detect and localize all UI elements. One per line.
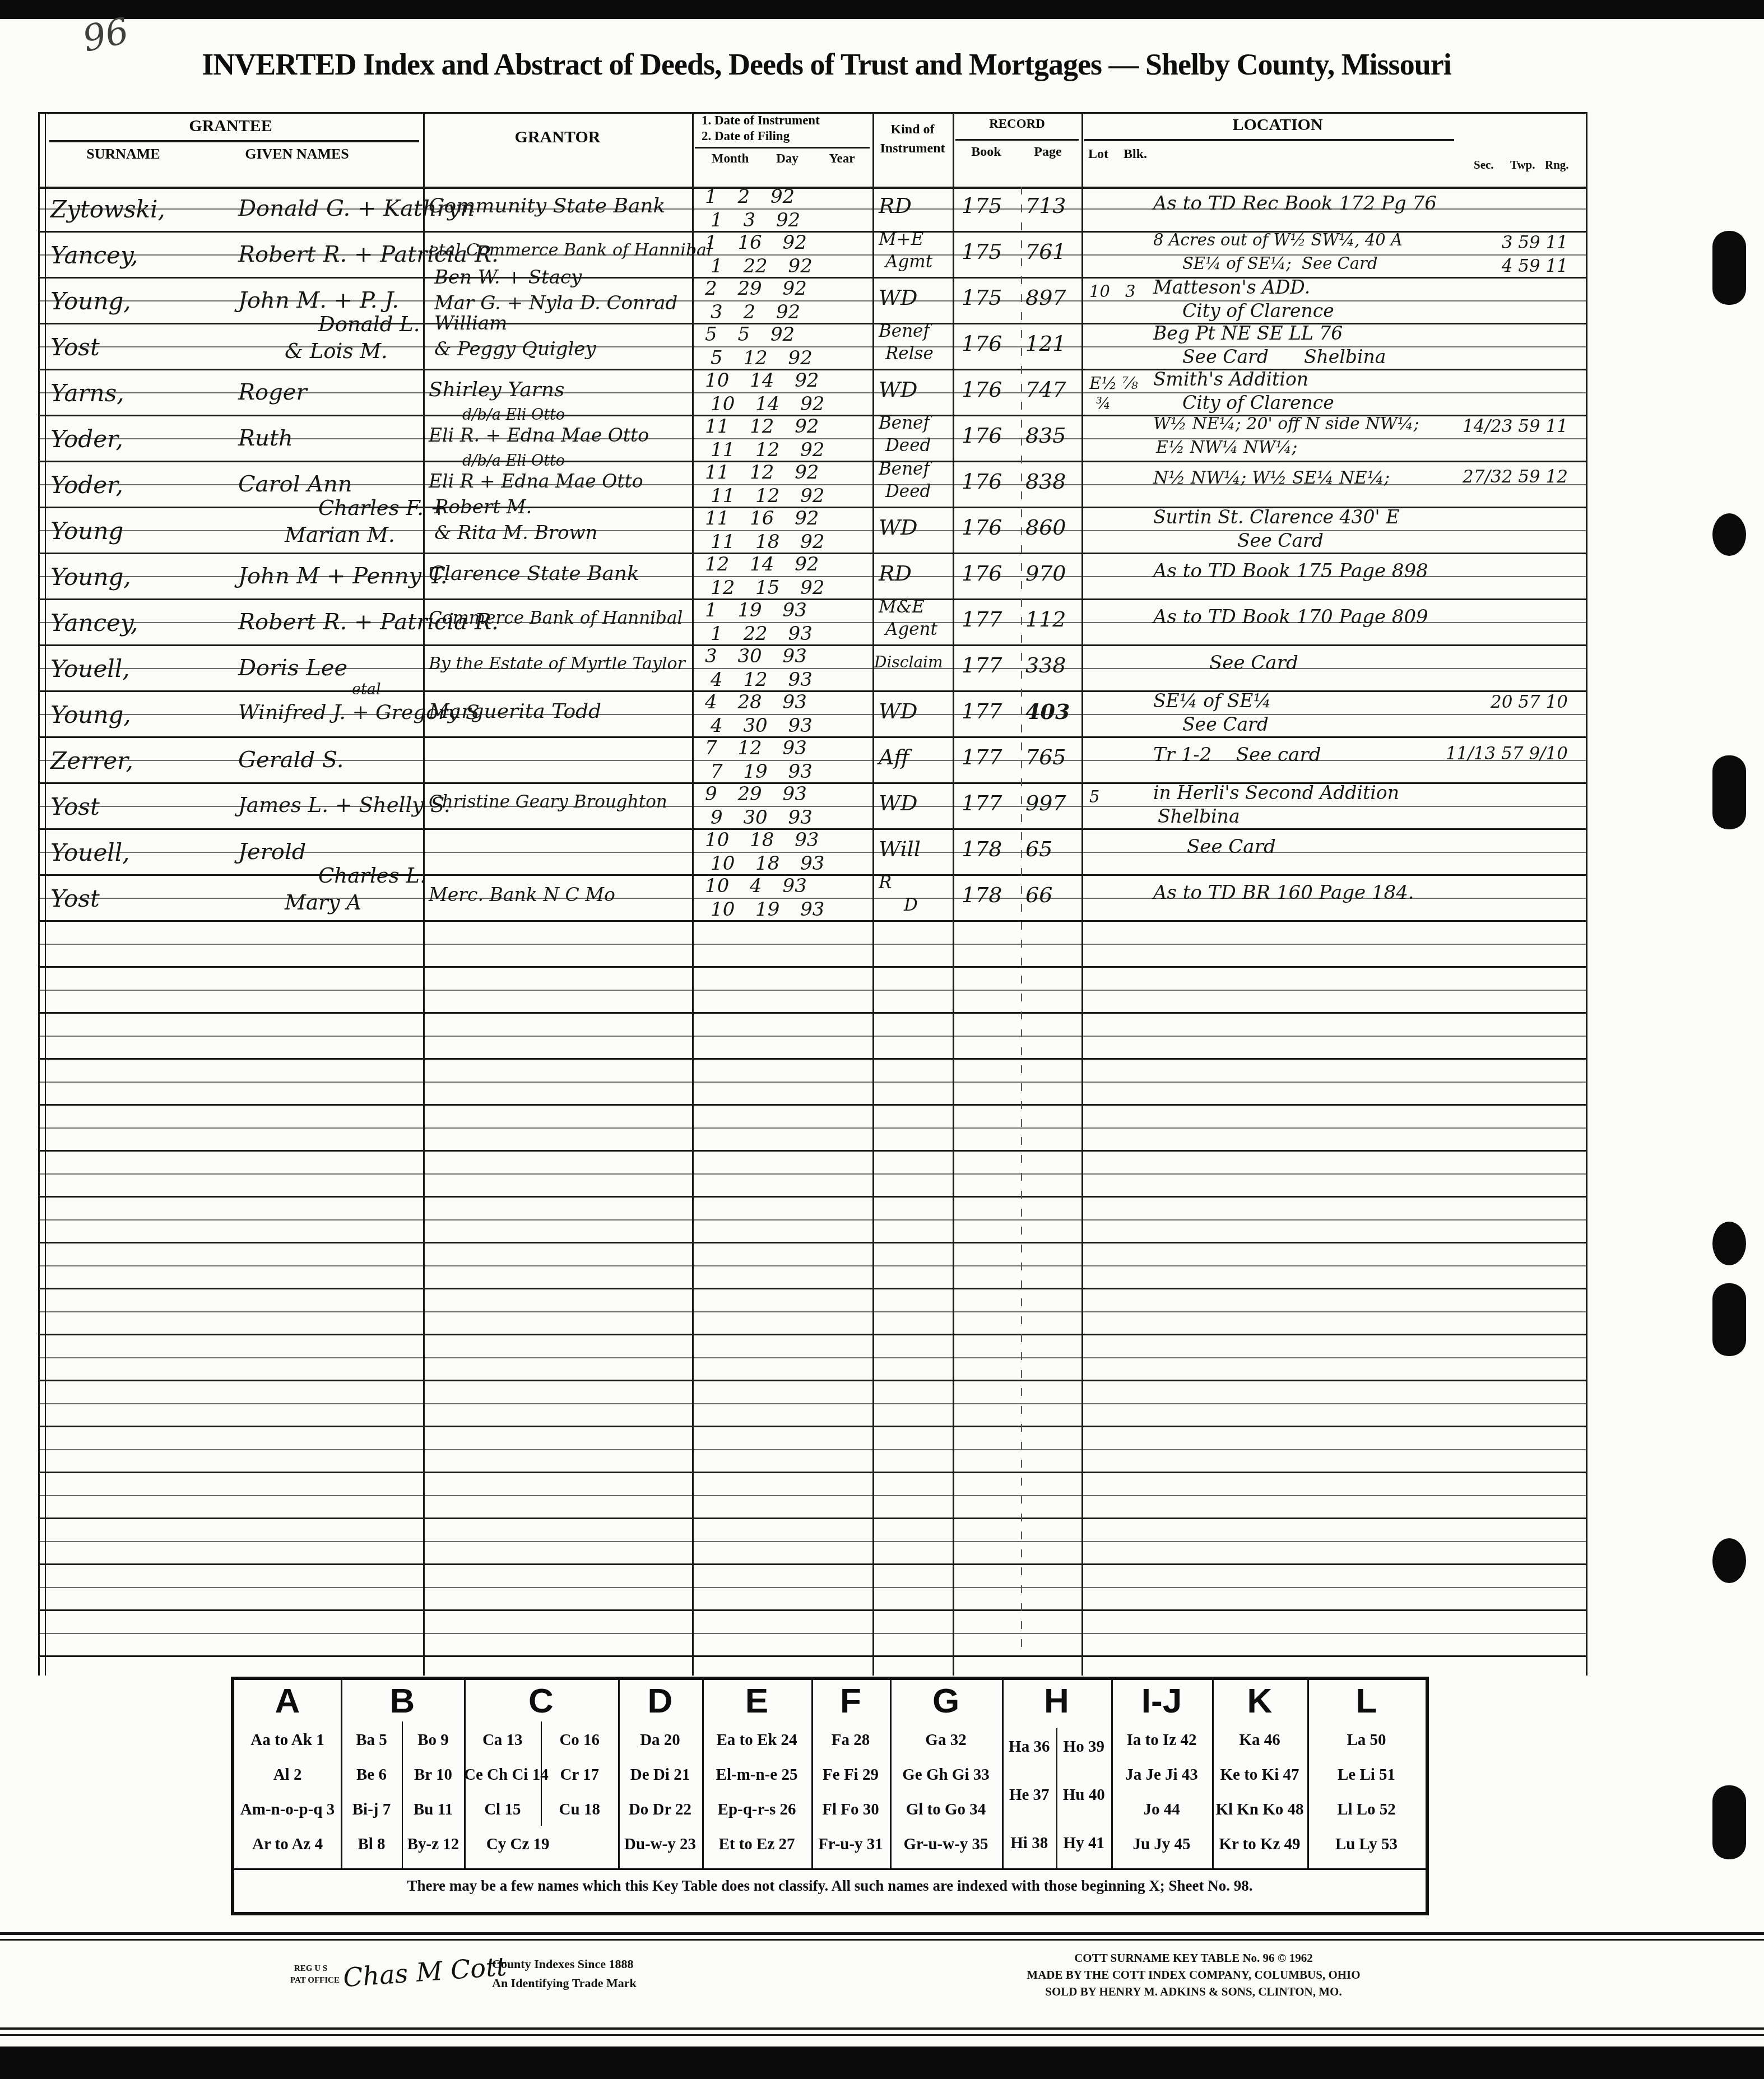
key-letter: D	[618, 1681, 702, 1721]
key-letter: G	[890, 1681, 1002, 1721]
entry-kind: M+E	[879, 229, 923, 249]
key-cell: Ep-q-r-s 26	[702, 1793, 811, 1826]
entry-given-names-line2: & Lois M.	[285, 339, 388, 363]
entry-lot: 10	[1089, 282, 1110, 301]
entry-kind: WD	[879, 377, 918, 402]
entry-kind-line2: Agent	[885, 619, 937, 639]
key-cell: Kl Kn Ko 48	[1212, 1793, 1307, 1826]
ledger-entry: Yancey, Robert R. + Patricia R. etal Com…	[38, 233, 1586, 279]
entry-kind: M&E	[879, 597, 925, 617]
binder-hole-mark	[1712, 231, 1746, 305]
footer-left-line2: An Identifying Trade Mark	[492, 1976, 637, 1990]
col-header-date-filing: 2. Date of Filing	[702, 129, 790, 143]
entry-sec-twp-rng: 3 59 11	[1383, 233, 1568, 253]
binder-hole-mark	[1712, 1538, 1746, 1583]
entry-location-line2: SE¼ of SE¼; See Card	[1182, 254, 1377, 273]
ledger-entry: Yancey, Robert R. + Patricia R. Commerce…	[38, 600, 1586, 646]
entry-given-names: John M. + P. J.	[238, 287, 399, 313]
entry-given-names: Carol Ann	[238, 471, 352, 497]
key-letter: B	[341, 1681, 464, 1721]
key-cell: Co 16	[541, 1724, 619, 1756]
entry-date-instrument: 10 18 93	[705, 829, 819, 851]
ledger-entry: Youell, Jerold 10 18 93 10 18 93 Will 17…	[38, 830, 1586, 876]
entry-date-instrument: 1 16 92	[705, 231, 807, 254]
entry-location: SE¼ of SE¼	[1153, 690, 1271, 712]
key-column-e: E Ea to Ek 24 El-m-n-e 25 Ep-q-r-s 26 Et…	[702, 1680, 813, 1868]
col-header-month: Month	[699, 151, 761, 166]
col-header-kind-line2: Instrument	[872, 141, 953, 156]
entry-page: 338	[1025, 653, 1066, 677]
key-cell: Bo 9	[402, 1724, 464, 1756]
entry-location: As to TD Rec Book 172 Pg 76	[1153, 192, 1437, 215]
ledger-entry: Young Charles F. + Marian M. Robert M. &…	[38, 508, 1586, 554]
divider-rule	[0, 2027, 1764, 2030]
key-column-l: L La 50 Le Li 51 Ll Lo 52 Lu Ly 53	[1307, 1680, 1426, 1868]
entry-book: 177	[962, 791, 1002, 815]
col-header-location: LOCATION	[1081, 115, 1474, 134]
entry-date-instrument: 4 28 93	[705, 691, 807, 713]
entry-date-instrument: 1 19 93	[705, 599, 807, 621]
entry-date-filing: 3 2 92	[711, 301, 800, 323]
entry-book: 175	[962, 239, 1002, 264]
entry-grantor: Christine Geary Broughton	[429, 792, 667, 812]
entry-given-names: Charles F. +	[318, 496, 448, 520]
key-cell: Ca 13	[464, 1724, 541, 1756]
entry-kind: Benef	[879, 413, 930, 433]
key-cell: Hi 38	[1002, 1827, 1057, 1859]
key-column-c: C Ca 13 Ce Ch Ci 14 Cl 15 Cy Cz 19 Co 16…	[464, 1680, 620, 1868]
key-cell: Ar to Az 4	[234, 1828, 341, 1860]
key-cell: Cl 15	[464, 1793, 541, 1826]
entry-page: 838	[1025, 469, 1066, 494]
entry-page: 997	[1025, 791, 1066, 815]
binder-hole-mark	[1712, 755, 1746, 829]
entry-given-names: Donald L.	[318, 312, 420, 336]
entry-location: Smith's Addition	[1153, 368, 1308, 390]
entry-book: 176	[962, 331, 1002, 356]
key-cell: Ia to Iz 42	[1111, 1724, 1212, 1756]
key-cell: Aa to Ak 1	[234, 1724, 341, 1756]
ledger-entry: Yoder, Carol Ann d/b/a Eli Otto Eli R + …	[38, 462, 1586, 508]
entry-surname: Yarns,	[50, 379, 124, 407]
entry-date-instrument: 9 29 93	[705, 783, 807, 805]
sheet-number-handwritten: 96	[79, 10, 132, 60]
entry-page: 970	[1025, 561, 1066, 586]
footer-right-line3: SOLD BY HENRY M. ADKINS & SONS, CLINTON,…	[964, 1985, 1423, 1999]
key-cell: Ll Lo 52	[1307, 1793, 1426, 1826]
entry-grantor: Community State Bank	[429, 194, 665, 217]
key-column-ij: I-J Ia to Iz 42 Ja Je Ji 43 Jo 44 Ju Jy …	[1111, 1680, 1214, 1868]
key-cell: Am-n-o-p-q 3	[234, 1793, 341, 1826]
entry-date-filing: 11 12 92	[711, 485, 824, 507]
key-cell: Fe Fi 29	[811, 1758, 890, 1791]
key-cell: Et to Ez 27	[702, 1828, 811, 1860]
entry-location-line2: See Card	[1237, 530, 1324, 551]
key-cell: Jo 44	[1111, 1793, 1212, 1826]
entry-book: 176	[962, 469, 1002, 494]
col-header-day: Day	[762, 151, 813, 166]
column-line	[1586, 112, 1587, 1676]
key-cell: By-z 12	[402, 1828, 464, 1860]
entry-blk: 3	[1125, 282, 1135, 301]
col-header-date-instrument: 1. Date of Instrument	[702, 113, 820, 128]
entry-page: 65	[1025, 837, 1052, 861]
entry-location: Surtin St. Clarence 430' E	[1153, 506, 1399, 528]
entry-location-line2: City of Clarence	[1182, 392, 1334, 414]
scan-top-edge	[0, 0, 1764, 19]
entry-grantor: Commerce Bank of Hannibal	[429, 608, 683, 628]
entry-grantor: Marguerita Todd	[429, 700, 601, 723]
divider-rule	[0, 1939, 1764, 1941]
entry-sec-twp-rng: 14/23 59 11	[1383, 416, 1568, 437]
key-cell: Ke to Ki 47	[1212, 1758, 1307, 1791]
entry-given-names: Doris Lee	[238, 655, 347, 681]
entry-location-line2: City of Clarence	[1182, 300, 1334, 322]
key-column-k: K Ka 46 Ke to Ki 47 Kl Kn Ko 48 Kr to Kz…	[1212, 1680, 1309, 1868]
entry-surname: Youell,	[50, 839, 129, 866]
entry-page: 713	[1025, 193, 1066, 218]
col-header-kind-line1: Kind of	[872, 122, 953, 137]
entry-sec-twp-rng: 27/32 59 12	[1383, 467, 1568, 487]
entry-date-instrument: 10 14 92	[705, 369, 819, 392]
entry-date-filing: 10 18 93	[711, 852, 824, 875]
entry-date-filing: 4 12 93	[711, 669, 813, 691]
key-letter: L	[1307, 1681, 1426, 1721]
key-cell: Hu 40	[1057, 1779, 1112, 1811]
key-cell: Cy Cz 19	[464, 1828, 572, 1860]
entry-kind: RD	[879, 193, 912, 218]
key-table-footnote: There may be a few names which this Key …	[234, 1877, 1426, 1895]
binder-hole-mark	[1712, 1283, 1746, 1356]
key-cell: Bu 11	[402, 1793, 464, 1826]
entry-surname: Young,	[50, 701, 131, 728]
record-underline	[955, 139, 1079, 141]
entry-date-instrument: 11 16 92	[705, 507, 819, 530]
entry-page: 112	[1025, 607, 1066, 632]
entry-location: Matteson's ADD.	[1153, 276, 1310, 298]
col-header-year: Year	[815, 151, 869, 166]
entry-date-filing: 9 30 93	[711, 806, 813, 829]
binder-hole-mark	[1712, 513, 1746, 556]
key-cell: Be 6	[341, 1758, 402, 1791]
entry-book: 177	[962, 745, 1002, 769]
entry-grantor: Robert M.	[434, 496, 532, 518]
entry-given-names: Charles L.	[318, 864, 426, 888]
entry-date-instrument: 5 5 92	[705, 323, 795, 346]
key-cell: Ba 5	[341, 1724, 402, 1756]
footer-right-line1: COTT SURNAME KEY TABLE No. 96 © 1962	[964, 1951, 1423, 1965]
entry-kind: WD	[879, 791, 918, 815]
entry-kind-line2: D	[904, 895, 918, 915]
entry-date-filing: 11 18 92	[711, 531, 824, 553]
key-cell: Da 20	[618, 1724, 702, 1756]
entry-page: 403	[1025, 699, 1070, 724]
col-header-book: Book	[955, 145, 1017, 160]
entry-page: 897	[1025, 285, 1066, 310]
surname-key-table: A Aa to Ak 1 Al 2 Am-n-o-p-q 3 Ar to Az …	[231, 1677, 1429, 1915]
entry-kind-line2: Deed	[885, 481, 931, 502]
key-column-d: D Da 20 De Di 21 Do Dr 22 Du-w-y 23	[618, 1680, 704, 1868]
key-letter: K	[1212, 1681, 1307, 1721]
entry-kind: Benef	[879, 459, 930, 479]
footer-reg-line2: PAT OFFICE	[290, 1976, 340, 1985]
entry-date-instrument: 12 14 92	[705, 553, 819, 576]
entry-surname: Zytowski,	[50, 196, 165, 223]
key-cell: Ha 36	[1002, 1730, 1057, 1763]
key-column-f: F Fa 28 Fe Fi 29 Fl Fo 30 Fr-u-y 31	[811, 1680, 892, 1868]
entry-page: 747	[1025, 377, 1066, 402]
key-cell: Ja Je Ji 43	[1111, 1758, 1212, 1791]
key-cell: Al 2	[234, 1758, 341, 1791]
footer-right-line2: MADE BY THE COTT INDEX COMPANY, COLUMBUS…	[964, 1968, 1423, 1982]
key-cell: Le Li 51	[1307, 1758, 1426, 1791]
binder-hole-mark	[1712, 1785, 1746, 1859]
entry-lot-line2: ¾	[1096, 395, 1111, 412]
entry-location-line2: Shelbina	[1158, 805, 1240, 827]
key-cell: Gr-u-w-y 35	[890, 1828, 1002, 1860]
entry-surname: Youell,	[50, 655, 129, 683]
key-cell: Gl to Go 34	[890, 1793, 1002, 1826]
key-cell: La 50	[1307, 1724, 1426, 1756]
entry-page: 121	[1025, 331, 1066, 356]
entry-date-filing: 1 3 92	[711, 209, 800, 231]
col-header-twp: Twp.	[1510, 158, 1535, 172]
col-header-rng: Rng.	[1545, 158, 1569, 172]
ledger-entry: Yost Charles L. Mary A Merc. Bank N C Mo…	[38, 876, 1586, 922]
entry-location: As to TD Book 170 Page 809	[1153, 606, 1428, 628]
entry-surname: Yost	[50, 793, 100, 820]
binder-hole-mark	[1712, 1222, 1746, 1265]
col-header-surname: SURNAME	[56, 146, 191, 163]
key-letter: F	[811, 1681, 890, 1721]
key-cell: Fa 28	[811, 1724, 890, 1756]
key-cell: Ka 46	[1212, 1724, 1307, 1756]
key-cell: He 37	[1002, 1779, 1057, 1811]
ledger-entry: Youell, Doris Lee By the Estate of Myrtl…	[38, 646, 1586, 692]
entry-kind: WD	[879, 699, 918, 723]
ledger-entry: Yost James L. + Shelly S. Christine Gear…	[38, 784, 1586, 830]
key-column-g: G Ga 32 Ge Gh Gi 33 Gl to Go 34 Gr-u-w-y…	[890, 1680, 1004, 1868]
entry-grantor: William	[434, 312, 507, 335]
entry-date-filing: 10 19 93	[711, 898, 824, 921]
entry-surname: Yancey,	[50, 609, 138, 637]
dates-underline	[695, 147, 870, 148]
entry-kind: Aff	[879, 745, 909, 769]
ledger-entry: Zytowski, Donald G. + Kathryn Community …	[38, 187, 1586, 233]
entry-date-filing: 12 15 92	[711, 577, 824, 599]
footer-reg-line1: REG U S	[294, 1964, 327, 1974]
entry-surname: Yost	[50, 333, 100, 361]
key-letter: H	[1002, 1681, 1111, 1721]
key-column-a: A Aa to Ak 1 Al 2 Am-n-o-p-q 3 Ar to Az …	[234, 1680, 342, 1868]
entry-location: in Herli's Second Addition	[1153, 782, 1399, 804]
entry-page: 835	[1025, 423, 1066, 448]
entry-kind: R	[879, 873, 892, 893]
entry-grantor: Merc. Bank N C Mo	[429, 884, 615, 906]
key-cell: Bi-j 7	[341, 1793, 402, 1826]
entry-kind: Disclaim	[874, 653, 943, 671]
ledger-entry: Young, Winifred J. + Gregory S etal Marg…	[38, 692, 1586, 738]
key-cell: Du-w-y 23	[618, 1828, 702, 1860]
entry-location-line2: E½ NW¼ NW¼;	[1156, 438, 1297, 457]
entry-kind: RD	[879, 561, 912, 586]
entry-page: 860	[1025, 515, 1066, 540]
col-header-record: RECORD	[953, 117, 1081, 131]
entry-grantor: By the Estate of Myrtle Taylor	[429, 654, 685, 674]
key-cell: Ge Gh Gi 33	[890, 1758, 1002, 1791]
entry-grantor-note: d/b/a Eli Otto	[462, 452, 565, 470]
ledger-entry: Yoder, Ruth d/b/a Eli Otto Eli R. + Edna…	[38, 416, 1586, 462]
entry-kind: Benef	[879, 321, 930, 341]
entry-location: Tr 1-2 See card	[1153, 744, 1321, 766]
key-cell: Fr-u-y 31	[811, 1828, 890, 1860]
entry-date-instrument: 1 2 92	[705, 185, 795, 208]
entry-date-instrument: 2 29 92	[705, 277, 807, 300]
entry-grantor: Mar G. + Nyla D. Conrad	[434, 292, 677, 314]
entry-book: 178	[962, 883, 1002, 907]
page-title: INVERTED Index and Abstract of Deeds, De…	[174, 47, 1479, 82]
entry-book: 177	[962, 607, 1002, 632]
col-header-blk: Blk.	[1124, 147, 1147, 162]
entry-kind-line2: Agmt	[885, 252, 932, 272]
ledger-entry: Young, John M + Penny T. Clarence State …	[38, 554, 1586, 600]
key-letter: I-J	[1111, 1681, 1212, 1721]
key-cell: Ea to Ek 24	[702, 1724, 811, 1756]
key-cell: El-m-n-e 25	[702, 1758, 811, 1791]
col-header-sec: Sec.	[1474, 158, 1494, 172]
entry-surname: Yoder,	[50, 425, 123, 453]
entry-given-names: Jerold	[238, 839, 306, 865]
key-cell: Br 10	[402, 1758, 464, 1791]
entry-grantor: etal Commerce Bank of Hannibal	[429, 240, 712, 260]
entry-book: 177	[962, 699, 1002, 723]
entry-given-names: Roger	[238, 379, 307, 405]
entry-book: 177	[962, 653, 1002, 677]
entry-grantor-line2: & Rita M. Brown	[434, 522, 597, 544]
ledger-entry: Young, John M. + P. J. Ben W. + Stacy Ma…	[38, 279, 1586, 324]
entry-book: 176	[962, 515, 1002, 540]
entry-sec-twp-rng: 20 57 10	[1383, 692, 1568, 712]
entry-page: 761	[1025, 239, 1066, 264]
entry-date-filing: 5 12 92	[711, 347, 813, 369]
entry-date-filing: 1 22 93	[711, 623, 813, 645]
key-cell: Ga 32	[890, 1724, 1002, 1756]
divider-rule	[0, 2034, 1764, 2036]
key-letter: E	[702, 1681, 811, 1721]
entry-page: 765	[1025, 745, 1066, 769]
entry-date-instrument: 7 12 93	[705, 737, 807, 759]
key-cell: Hy 41	[1057, 1827, 1112, 1859]
key-column-b: B Ba 5 Be 6 Bi-j 7 Bl 8 Bo 9 Br 10 Bu 11…	[341, 1680, 466, 1868]
entry-grantor-note: Ben W. + Stacy	[434, 266, 582, 289]
entry-grantor: Eli R + Edna Mae Otto	[429, 470, 643, 492]
key-cell: Do Dr 22	[618, 1793, 702, 1826]
entry-grantor: Clarence State Bank	[429, 562, 639, 585]
trademark-signature: Chas M Cott	[342, 1951, 507, 1993]
divider-rule	[0, 1932, 1764, 1935]
key-cell: Fl Fo 30	[811, 1793, 890, 1826]
entry-book: 176	[962, 377, 1002, 402]
entry-surname: Zerrer,	[50, 747, 133, 774]
entry-surname: Yoder,	[50, 471, 123, 499]
key-letter: C	[464, 1681, 618, 1721]
ledger-entry: Yost Donald L. & Lois M. William & Peggy…	[38, 324, 1586, 370]
entry-grantor-line2: & Peggy Quigley	[434, 338, 596, 360]
entry-kind: WD	[879, 515, 918, 540]
entry-kind: Will	[879, 837, 921, 861]
key-cell: Lu Ly 53	[1307, 1828, 1426, 1860]
key-cell: Ce Ch Ci 14	[464, 1758, 541, 1791]
entry-location: See Card	[1209, 652, 1298, 674]
entry-lot: E½ ⅞	[1089, 374, 1138, 393]
entry-book: 176	[962, 561, 1002, 586]
key-cell: Ju Jy 45	[1111, 1828, 1212, 1860]
entry-book: 175	[962, 285, 1002, 310]
key-cell: Ho 39	[1057, 1730, 1112, 1763]
entry-given-names-line2: Marian M.	[285, 523, 395, 547]
entry-grantor-note: d/b/a Eli Otto	[462, 406, 565, 424]
entry-given-names: James L. + Shelly S.	[238, 793, 451, 817]
col-header-grantor: GRANTOR	[423, 128, 692, 147]
key-cell: Cr 17	[541, 1758, 619, 1791]
entry-location-line2: See Card Shelbina	[1182, 346, 1386, 368]
entry-surname: Yost	[50, 885, 100, 912]
entry-kind: WD	[879, 285, 918, 310]
col-header-page: Page	[1017, 145, 1079, 160]
entry-page: 66	[1025, 883, 1052, 907]
entry-location: W½ NE¼; 20' off N side NW¼;	[1153, 414, 1419, 434]
scan-bottom-edge	[0, 2046, 1764, 2079]
entry-book: 176	[962, 423, 1002, 448]
key-cell: Cu 18	[541, 1793, 619, 1826]
col-header-lot: Lot	[1088, 147, 1108, 162]
col-header-grantee: GRANTEE	[38, 117, 423, 136]
key-cell: Bl 8	[341, 1828, 402, 1860]
entry-location: N½ NW¼; W½ SE¼ NE¼;	[1153, 468, 1390, 488]
entry-location-line2: See Card	[1182, 713, 1269, 735]
entry-lot: 5	[1089, 787, 1099, 806]
entry-kind-line2: Deed	[885, 435, 931, 456]
col-header-given-names: GIVEN NAMES	[213, 146, 381, 163]
footer-left-line1: County Indexes Since 1888	[492, 1957, 633, 1971]
entry-sec-twp-rng-line2: 4 59 11	[1383, 256, 1568, 276]
entry-date-filing: 7 19 93	[711, 760, 813, 783]
entry-grantor: Eli R. + Edna Mae Otto	[429, 424, 649, 446]
entry-kind-line2: Relse	[885, 344, 934, 364]
entry-surname: Young	[50, 517, 123, 545]
entry-date-filing: 4 30 93	[711, 714, 813, 737]
entry-surname: Young,	[50, 287, 131, 315]
entry-given-names: John M + Penny T.	[238, 563, 447, 589]
entry-date-instrument: 10 4 93	[705, 875, 807, 897]
entry-given-names: Gerald S.	[238, 747, 343, 773]
entry-given-note: etal	[352, 681, 381, 698]
entry-date-filing: 1 22 92	[711, 255, 813, 277]
key-letter: A	[234, 1681, 341, 1721]
key-cell: De Di 21	[618, 1758, 702, 1791]
entry-surname: Yancey,	[50, 242, 138, 269]
grantee-underline	[49, 140, 419, 142]
entry-date-instrument: 11 12 92	[705, 415, 819, 438]
entry-date-filing: 10 14 92	[711, 393, 824, 415]
entry-sec-twp-rng: 11/13 57 9/10	[1383, 744, 1568, 764]
entry-grantor: Shirley Yarns	[429, 378, 564, 401]
ledger-entry: Zerrer, Gerald S. 7 12 93 7 19 93 Aff 17…	[38, 738, 1586, 784]
scanned-ledger-page: 96 INVERTED Index and Abstract of Deeds,…	[0, 0, 1764, 2079]
entry-surname: Young,	[50, 563, 131, 591]
location-underline	[1084, 139, 1454, 141]
entry-date-instrument: 3 30 93	[705, 645, 807, 667]
